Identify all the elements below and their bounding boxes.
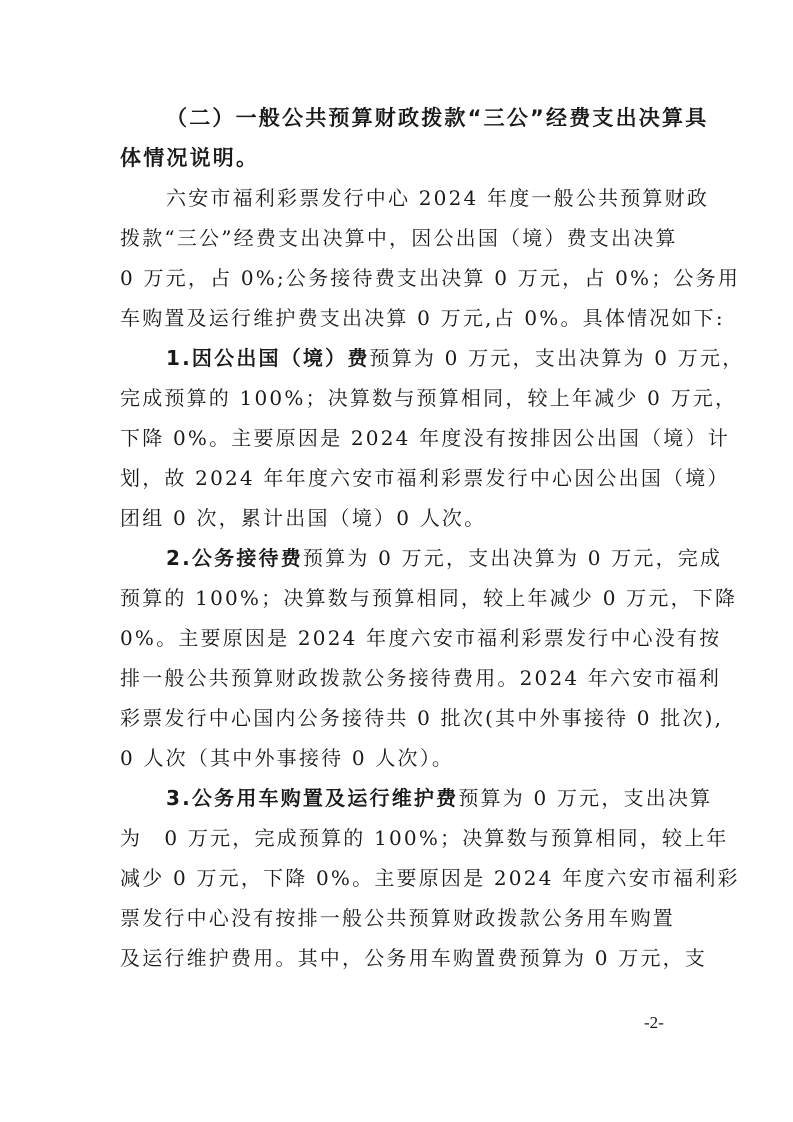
item-3-paragraph: 3.公务用车购置及运行维护费预算为 0 万元，支出决算 为 0 万元，完成预算的… — [120, 778, 674, 978]
item-1-line-4: 划，故 2024 年年度六安市福利彩票发行中心因公出国（境） — [120, 458, 674, 498]
item-2-line-6: 0 人次（其中外事接待 0 人次）。 — [120, 738, 674, 778]
item-1-line-2: 完成预算的 100%；决算数与预算相同，较上年减少 0 万元， — [120, 378, 674, 418]
intro-paragraph: 六安市福利彩票发行中心 2024 年度一般公共预算财政 拨款“三公”经费支出决算… — [120, 178, 674, 338]
item-3-line-4: 票发行中心没有按排一般公共预算财政拨款公务用车购置 — [120, 898, 674, 938]
item-1-lead: 1.因公出国（境）费 — [166, 346, 370, 370]
item-2-line-2: 预算的 100%；决算数与预算相同，较上年减少 0 万元，下降 — [120, 578, 674, 618]
item-3-line-3: 减少 0 万元，下降 0%。主要原因是 2024 年度六安市福利彩 — [120, 858, 674, 898]
item-2-lead: 2.公务接待费 — [166, 546, 303, 570]
item-2-first-rest: 预算为 0 万元，支出决算为 0 万元，完成 — [303, 546, 722, 570]
intro-line-2: 拨款“三公”经费支出决算中，因公出国（境）费支出决算 — [120, 218, 674, 258]
item-3-lead: 3.公务用车购置及运行维护费 — [166, 786, 458, 810]
item-2-line-3: 0%。主要原因是 2024 年度六安市福利彩票发行中心没有按 — [120, 618, 674, 658]
item-2-paragraph: 2.公务接待费预算为 0 万元，支出决算为 0 万元，完成 预算的 100%；决… — [120, 538, 674, 778]
item-1-first-line: 1.因公出国（境）费预算为 0 万元，支出决算为 0 万元， — [120, 338, 674, 378]
item-3-first-line: 3.公务用车购置及运行维护费预算为 0 万元，支出决算 — [120, 778, 674, 818]
intro-line-1: 六安市福利彩票发行中心 2024 年度一般公共预算财政 — [120, 178, 674, 218]
item-1-first-rest: 预算为 0 万元，支出决算为 0 万元， — [370, 346, 745, 370]
heading-line-2: 体情况说明。 — [120, 138, 674, 178]
item-3-line-5: 及运行维护费用。其中，公务用车购置费预算为 0 万元，支 — [120, 938, 674, 978]
item-1-paragraph: 1.因公出国（境）费预算为 0 万元，支出决算为 0 万元， 完成预算的 100… — [120, 338, 674, 538]
item-3-first-rest: 预算为 0 万元，支出决算 — [458, 786, 712, 810]
item-2-line-5: 彩票发行中心国内公务接待共 0 批次(其中外事接待 0 批次), — [120, 698, 674, 738]
item-1-line-5: 团组 0 次，累计出国（境）0 人次。 — [120, 498, 674, 538]
section-heading: （二）一般公共预算财政拨款“三公”经费支出决算具 体情况说明。 — [120, 98, 674, 178]
intro-line-3: 0 万元，占 0%;公务接待费支出决算 0 万元，占 0%；公务用 — [120, 258, 674, 298]
item-3-line-2: 为 0 万元，完成预算的 100%；决算数与预算相同，较上年 — [120, 818, 674, 858]
intro-line-4: 车购置及运行维护费支出决算 0 万元,占 0%。具体情况如下: — [120, 298, 674, 338]
item-2-line-4: 排一般公共预算财政拨款公务接待费用。2024 年六安市福利 — [120, 658, 674, 698]
page-number: -2- — [644, 1013, 664, 1033]
document-page: （二）一般公共预算财政拨款“三公”经费支出决算具 体情况说明。 六安市福利彩票发… — [120, 98, 674, 978]
item-1-line-3: 下降 0%。主要原因是 2024 年度没有按排因公出国（境）计 — [120, 418, 674, 458]
heading-line-1: （二）一般公共预算财政拨款“三公”经费支出决算具 — [120, 98, 674, 138]
item-2-first-line: 2.公务接待费预算为 0 万元，支出决算为 0 万元，完成 — [120, 538, 674, 578]
